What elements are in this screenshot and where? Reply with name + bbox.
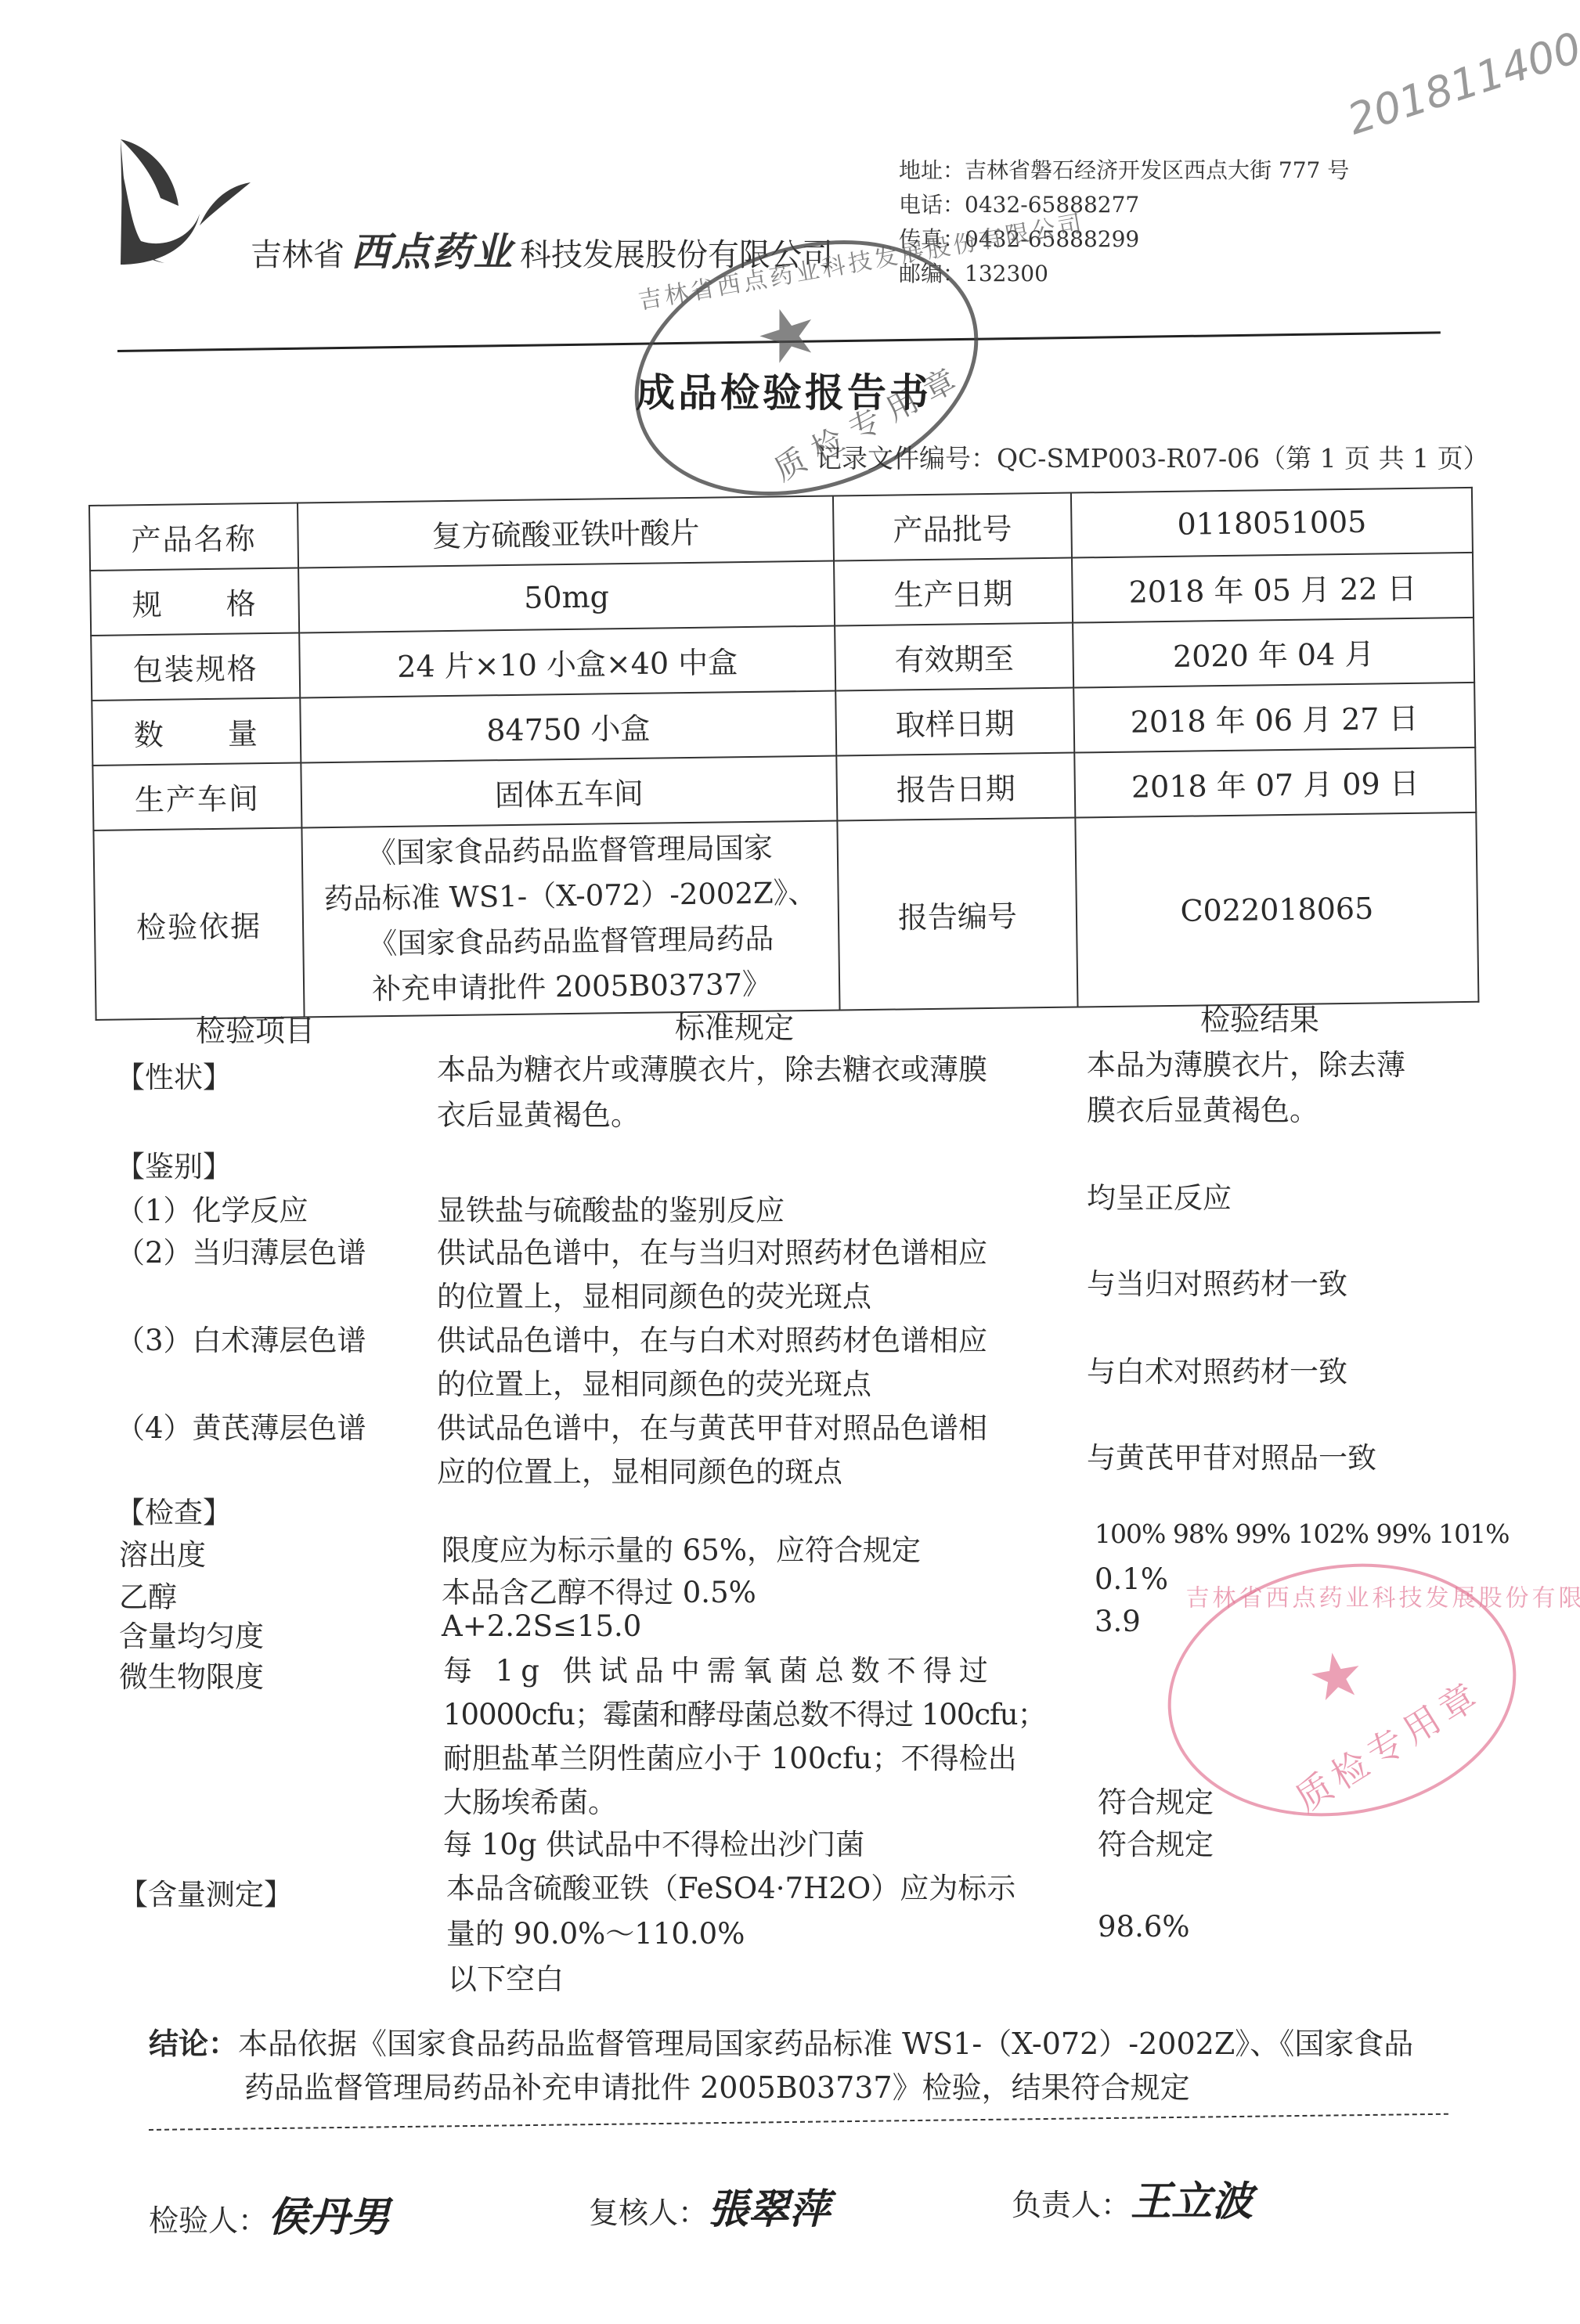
result-appearance-line: 膜衣后显黄褐色。: [1087, 1086, 1318, 1129]
value-production-date: 2018 年 05 月 22 日: [1072, 553, 1474, 623]
record-file-number: 记录文件编号：QC-SMP003-R07-06（第 1 页 共 1 页）: [816, 438, 1489, 475]
label-batch-number: 产品批号: [833, 493, 1072, 561]
company-prefix: 吉林省: [251, 237, 344, 273]
inspector-label: 检验人：: [149, 2203, 268, 2238]
handwritten-document-number: 2018114008: [1342, 14, 1580, 144]
label-packaging: 包装规格: [91, 632, 300, 700]
value-workshop: 固体五车间: [301, 756, 837, 828]
label-report-number: 报告编号: [837, 818, 1077, 1011]
label-workshop: 生产车间: [92, 762, 301, 830]
test-standard: 显铁盐与硫酸盐的鉴别反应: [437, 1187, 785, 1229]
test-result: 符合规定: [1098, 1821, 1214, 1863]
value-report-number: C022018065: [1075, 812, 1478, 1007]
test-result: 均呈正反应: [1087, 1174, 1232, 1216]
test-item-name: 乙醇: [119, 1573, 177, 1616]
value-product-name: 复方硫酸亚铁叶酸片: [298, 496, 834, 568]
test-standard: 供试品色谱中，在与当归对照药材色谱相应: [437, 1229, 987, 1271]
section-inspection: 【检查】: [116, 1489, 232, 1531]
inspector: 检验人：侯丹男: [149, 2184, 390, 2243]
test-standard: 每 10g 供试品中不得检出沙门菌: [443, 1821, 864, 1863]
test-item-name: 微生物限度: [119, 1653, 264, 1695]
test-item-name: （2）当归薄层色谱: [116, 1229, 366, 1271]
test-result: 与黄芪甲苷对照品一致: [1087, 1434, 1376, 1476]
test-result: 3.9: [1095, 1605, 1141, 1638]
basis-line: 药品标准 WS1-（X-072）-2002Z》、: [311, 870, 830, 923]
test-result: 与白术对照药材一致: [1087, 1348, 1347, 1390]
label-specification: 规 格: [90, 567, 299, 635]
value-expiry: 2020 年 04 月: [1073, 618, 1474, 688]
stamp-ring-text: 吉林省西点药业科技发展股份有限公司: [1185, 1579, 1580, 1613]
value-sampling-date: 2018 年 06 月 27 日: [1073, 683, 1475, 753]
header-result: 检验结果: [1200, 996, 1319, 1039]
value-specification: 50mg: [298, 561, 835, 633]
label-sampling-date: 取样日期: [835, 688, 1074, 756]
test-item-name: （3）白术薄层色谱: [116, 1317, 366, 1359]
test-standard: 的位置上，显相同颜色的荧光斑点: [437, 1273, 871, 1315]
label-product-name: 产品名称: [89, 503, 298, 571]
section-identification: 【鉴别】: [116, 1143, 232, 1185]
header-test-item: 检验项目: [196, 1007, 315, 1050]
star-icon: ★: [1302, 1635, 1370, 1717]
reviewer: 复核人：張翠萍: [589, 2176, 830, 2235]
basis-line: 《国家食品药品监督管理局药品: [312, 916, 831, 968]
basis-line: 《国家食品药品监督管理局国家: [310, 825, 829, 877]
assay-result: 98.6%: [1098, 1910, 1190, 1944]
manager-label: 负责人：: [1012, 2188, 1131, 2222]
test-standard: 应的位置上，显相同颜色的斑点: [437, 1448, 842, 1490]
test-standard: 的位置上，显相同颜色的荧光斑点: [437, 1360, 871, 1403]
test-item-name: 含量均匀度: [119, 1612, 264, 1655]
label-expiry: 有效期至: [835, 623, 1073, 691]
reviewer-signature: 張翠萍: [708, 2186, 830, 2233]
product-info-table: 产品名称 复方硫酸亚铁叶酸片 产品批号 0118051005 规 格 50mg …: [88, 487, 1479, 1021]
company-brand: 西点药业: [351, 229, 514, 275]
contact-address: 地址：吉林省磐石经济开发区西点大街 777 号: [899, 153, 1349, 185]
manager: 负责人：王立波: [1012, 2168, 1253, 2227]
conclusion-text-line2: 药品监督管理局药品补充申请批件 2005B03737》检验，结果符合规定: [244, 2063, 1190, 2106]
table-row: 检验依据 《国家食品药品监督管理局国家 药品标准 WS1-（X-072）-200…: [93, 812, 1478, 1020]
conclusion: 结论：本品依据《国家食品药品监督管理局国家药品标准 WS1-（X-072）-20…: [149, 2020, 1413, 2063]
conclusion-label: 结论：: [149, 2026, 238, 2061]
manager-signature: 王立波: [1131, 2178, 1253, 2225]
test-result: 符合规定: [1098, 1778, 1214, 1821]
test-item-name: （4）黄芪薄层色谱: [116, 1404, 366, 1447]
test-item-name: （1）化学反应: [116, 1187, 308, 1229]
test-standard: A+2.2S≤15.0: [442, 1609, 641, 1643]
signature-divider: [149, 2113, 1448, 2131]
value-batch-number: 0118051005: [1071, 488, 1473, 558]
test-standard: 限度应为标示量的 65%，应符合规定: [442, 1526, 921, 1569]
standard-appearance-line: 本品为糖衣片或薄膜衣片，除去糖衣或薄膜: [437, 1046, 987, 1088]
company-logo-icon: [117, 139, 251, 265]
result-appearance-line: 本品为薄膜衣片，除去薄: [1087, 1041, 1405, 1083]
value-inspection-basis: 《国家食品药品监督管理局国家 药品标准 WS1-（X-072）-2002Z》、 …: [301, 821, 839, 1018]
value-report-date: 2018 年 07 月 09 日: [1074, 748, 1476, 818]
test-standard: 供试品色谱中，在与黄芪甲苷对照品色谱相: [437, 1404, 987, 1447]
label-report-date: 报告日期: [836, 753, 1075, 821]
test-standard: 大肠埃希菌。: [443, 1778, 617, 1821]
test-result: 0.1%: [1095, 1562, 1168, 1596]
report-title: 成品检验报告书: [636, 362, 932, 418]
label-production-date: 生产日期: [834, 558, 1073, 626]
test-standard: 供试品色谱中，在与白术对照药材色谱相应: [437, 1317, 987, 1359]
blank-below-note: 以下空白: [448, 1955, 564, 1998]
value-packaging: 24 片×10 小盒×40 中盒: [299, 626, 835, 698]
conclusion-text-line1: 本品依据《国家食品药品监督管理局国家药品标准 WS1-（X-072）-2002Z…: [238, 2027, 1413, 2061]
test-result: 100% 98% 99% 102% 99% 101%: [1095, 1519, 1510, 1549]
test-standard: 每 1g 供试品中需氧菌总数不得过: [443, 1647, 995, 1689]
label-quantity: 数 量: [92, 697, 301, 765]
standard-appearance-line: 衣后显黄褐色。: [437, 1091, 640, 1133]
value-quantity: 84750 小盒: [300, 691, 836, 763]
assay-standard: 量的 90.0%～110.0%: [446, 1910, 745, 1952]
assay-standard: 本品含硫酸亚铁（FeSO4·7H2O）应为标示: [446, 1865, 1015, 1907]
test-result: 与当归对照药材一致: [1087, 1260, 1347, 1303]
test-standard: 耐胆盐革兰阴性菌应小于 100cfu；不得检出: [443, 1735, 1017, 1777]
test-item-name: 溶出度: [119, 1531, 206, 1573]
test-standard: 本品含乙醇不得过 0.5%: [442, 1569, 756, 1611]
inspector-signature: 侯丹男: [268, 2194, 390, 2241]
label-inspection-basis: 检验依据: [93, 827, 304, 1019]
section-appearance: 【性状】: [116, 1054, 232, 1096]
reviewer-label: 复核人：: [589, 2196, 708, 2230]
test-standard: 10000cfu；霉菌和酵母菌总数不得过 100cfu；: [443, 1691, 1046, 1733]
section-assay: 【含量测定】: [119, 1871, 293, 1913]
header-standard: 标准规定: [675, 1003, 794, 1047]
